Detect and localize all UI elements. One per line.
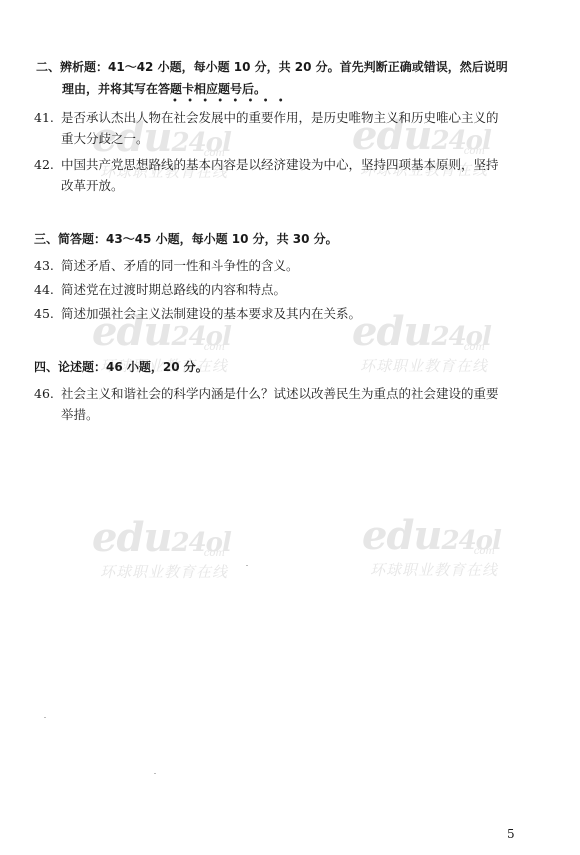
question-text: 重大分歧之一。 xyxy=(61,131,149,147)
section-heading: 二、辨析题：41～42 小题，每小题 10 分，共 20 分。首先判断正确或错误… xyxy=(36,59,508,75)
watermark: edu24ol com 环球职业教育在线 xyxy=(352,312,491,375)
question-text: 是否承认杰出人物在社会发展中的重要作用，是历史唯物主义和历史唯心主义的 xyxy=(61,110,499,126)
section-heading-continuation: 理由，并将其写在答题卡相应题号后。 xyxy=(62,81,266,97)
question-text: 社会主义和谐社会的科学内涵是什么？试述以改善民生为重点的社会建设的重要 xyxy=(61,386,499,402)
emphasis-dots: •••••••• xyxy=(172,96,293,107)
question-number: 44. xyxy=(34,282,54,298)
question-text: 简述加强社会主义法制建设的基本要求及其内在关系。 xyxy=(61,306,361,322)
watermark: edu24ol com 环球职业教育在线 xyxy=(92,518,231,581)
question-text: 改革开放。 xyxy=(61,178,124,194)
question-text: 中国共产党思想路线的基本内容是以经济建设为中心，坚持四项基本原则，坚持 xyxy=(61,157,499,173)
question-text: 举措。 xyxy=(61,407,99,423)
question-number: 42. xyxy=(34,157,54,173)
question-number: 43. xyxy=(34,258,54,274)
page-number: 5 xyxy=(507,827,515,841)
question-text: 简述党在过渡时期总路线的内容和特点。 xyxy=(61,282,286,298)
watermark: edu24ol com 环球职业教育在线 xyxy=(362,516,501,579)
scan-speck xyxy=(44,717,46,718)
scan-speck xyxy=(154,773,156,774)
question-number: 45. xyxy=(34,306,54,322)
question-number: 46. xyxy=(34,386,54,402)
scan-speck xyxy=(246,565,248,566)
section-heading: 三、简答题：43～45 小题，每小题 10 分，共 30 分。 xyxy=(34,231,338,247)
section-heading: 四、论述题：46 小题，20 分。 xyxy=(34,359,208,375)
question-number: 41. xyxy=(34,110,54,126)
question-text: 简述矛盾、矛盾的同一性和斗争性的含义。 xyxy=(61,258,299,274)
